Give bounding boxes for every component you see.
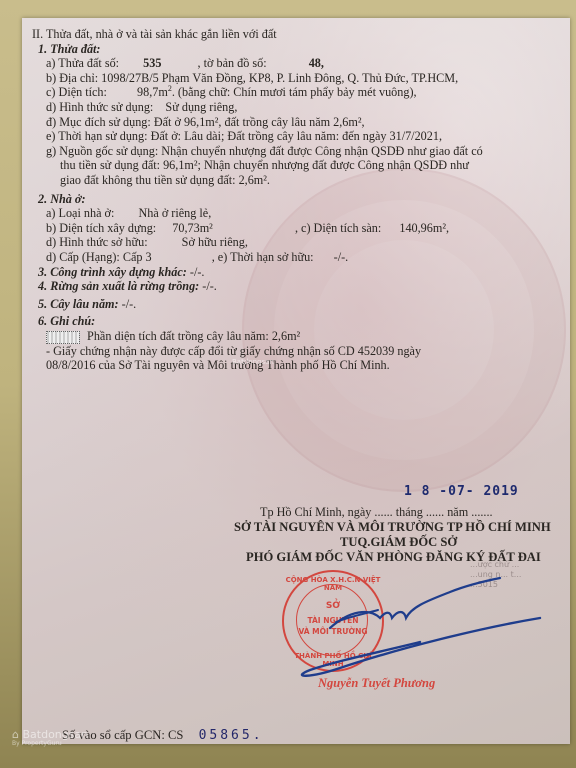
- seal-line-2: TÀI NGUYÊN: [284, 616, 382, 625]
- term-row: e) Thời hạn sử dụng: Đất ở: Lâu dài; Đất…: [32, 129, 566, 144]
- build-area-row: b) Diện tích xây dựng: 70,73m² , c) Diện…: [32, 221, 566, 236]
- area-label: c) Diện tích:: [46, 85, 107, 99]
- registry-line: Số vào sổ cấp GCN: CS 05865.: [62, 728, 264, 743]
- notes-line-2: - Giấy chứng nhận này được cấp đổi từ gi…: [32, 344, 566, 359]
- other-works-row: 3. Công trình xây dựng khác: -/-.: [32, 265, 566, 280]
- signer-name: Nguyễn Tuyết Phương: [318, 676, 435, 691]
- floor-area-label: , c) Diện tích sàn:: [295, 221, 381, 235]
- redacted-box: [46, 331, 80, 344]
- usage-form-row: d) Hình thức sử dụng: Sử dụng riêng,: [32, 100, 566, 115]
- house-type-label: a) Loại nhà ở:: [46, 206, 114, 220]
- ownership-term-label: , e) Thời hạn sở hữu:: [212, 250, 314, 264]
- forest-value: -/-.: [202, 279, 217, 293]
- term-value: Đất ở: Lâu dài; Đất trồng cây lâu năm: đ…: [151, 129, 442, 143]
- origin-line-2: thu tiền sử dụng đất: 96,1m²; Nhận chuyể…: [32, 158, 566, 173]
- usage-form-value: Sử dụng riêng,: [165, 100, 237, 114]
- house-type-row: a) Loại nhà ở: Nhà ở riêng lẻ,: [32, 206, 566, 221]
- grade-value: Cấp 3: [123, 250, 152, 264]
- seal-line-1: SỞ: [284, 602, 382, 611]
- area-words: . (bằng chữ: Chín mươi tám phẩy bảy mét …: [172, 85, 417, 99]
- area-value: 98,7m: [137, 85, 168, 99]
- ownership-value: Sở hữu riêng,: [182, 235, 248, 249]
- registry-number: 05865.: [199, 728, 264, 743]
- official-seal: CỘNG HÒA X.H.C.N VIỆT NAM SỞ TÀI NGUYÊN …: [282, 570, 384, 672]
- perennial-heading: 5. Cây lâu năm:: [38, 297, 119, 311]
- notes-line-1-row: Phần diện tích đất trồng cây lâu năm: 2,…: [32, 329, 566, 344]
- house-heading: 2. Nhà ở:: [32, 192, 566, 207]
- ownership-term-value: -/-.: [334, 250, 349, 264]
- floor-area-value: 140,96m²,: [399, 221, 449, 235]
- place-date-line: Tp Hồ Chí Minh, ngày ...... tháng ......…: [260, 505, 493, 520]
- notes-line-3: 08/8/2016 của Sở Tài nguyên và Môi trườn…: [32, 358, 566, 373]
- address-label: b) Địa chỉ:: [46, 71, 98, 85]
- origin-line-1: Nhận chuyển nhượng đất được Công nhận QS…: [161, 144, 482, 158]
- other-works-value: -/-.: [190, 265, 205, 279]
- parcel-number: 535: [143, 56, 161, 70]
- land-heading: 1. Thửa đất:: [32, 42, 566, 57]
- address-value: 1098/27B/5 Phạm Văn Đồng, KP8, P. Linh Đ…: [101, 71, 458, 85]
- usage-form-label: d) Hình thức sử dụng:: [46, 100, 153, 114]
- notes-line-1: Phần diện tích đất trồng cây lâu năm: 2,…: [87, 329, 300, 343]
- other-works-heading: 3. Công trình xây dựng khác:: [38, 265, 187, 279]
- forest-heading: 4. Rừng sản xuất là rừng trồng:: [38, 279, 199, 293]
- origin-line-3: giao đất không thu tiền sử dụng đất: 2,6…: [32, 173, 566, 188]
- purpose-value: Đất ở 96,1m², đất trồng cây lâu năm 2,6m…: [154, 115, 365, 129]
- section-title: II. Thửa đất, nhà ở và tài sản khác gắn …: [32, 27, 566, 42]
- ownership-label: d) Hình thức sở hữu:: [46, 235, 148, 249]
- notes-heading: 6. Ghi chú:: [32, 314, 566, 329]
- build-area-label: b) Diện tích xây dựng:: [46, 221, 156, 235]
- purpose-row: đ) Mục đích sử dụng: Đất ở 96,1m², đất t…: [32, 115, 566, 130]
- purpose-label: đ) Mục đích sử dụng:: [46, 115, 151, 129]
- origin-label: g) Nguồn gốc sử dụng:: [46, 144, 158, 158]
- area-row: c) Diện tích: 98,7m2. (bằng chữ: Chín mư…: [32, 85, 566, 100]
- grade-label: d) Cấp (Hạng):: [46, 250, 120, 264]
- ownership-row: d) Hình thức sở hữu: Sở hữu riêng,: [32, 235, 566, 250]
- faint-stamp: ...ược chứ ... ...ung n... t... ...5015: [470, 560, 521, 590]
- parcel-number-row: a) Thửa đất số: 535 , tờ bản đồ số: 48,: [32, 56, 566, 71]
- map-number-label: , tờ bản đồ số:: [198, 56, 267, 70]
- on-behalf-line: TUQ.GIÁM ĐỐC SỞ: [340, 535, 457, 550]
- watermark-corner: ⌂ Batdongsan By PropertyGuru: [12, 728, 88, 747]
- origin-row: g) Nguồn gốc sử dụng: Nhận chuyển nhượng…: [32, 144, 566, 159]
- build-area-value: 70,73m²: [172, 221, 213, 235]
- grade-row: d) Cấp (Hạng): Cấp 3 , e) Thời hạn sở hữ…: [32, 250, 566, 265]
- certificate-body: II. Thửa đất, nhà ở và tài sản khác gắn …: [32, 27, 566, 373]
- perennial-row: 5. Cây lâu năm: -/-.: [32, 297, 566, 312]
- seal-ring-top: CỘNG HÒA X.H.C.N VIỆT NAM: [284, 576, 382, 592]
- forest-row: 4. Rừng sản xuất là rừng trồng: -/-.: [32, 279, 566, 294]
- address-row: b) Địa chỉ: 1098/27B/5 Phạm Văn Đồng, KP…: [32, 71, 566, 86]
- date-stamp: 1 8 -07- 2019: [404, 484, 519, 499]
- seal-line-3: VÀ MÔI TRƯỜNG: [284, 627, 382, 636]
- watermark-center: Batdongsan: [232, 358, 274, 366]
- seal-ring-bottom: THÀNH PHỐ HỒ CHÍ MINH: [284, 652, 382, 668]
- issuing-authority: SỞ TÀI NGUYÊN VÀ MÔI TRƯỜNG TP HỒ CHÍ MI…: [234, 520, 551, 535]
- house-type-value: Nhà ở riêng lẻ,: [138, 206, 211, 220]
- perennial-value: -/-.: [122, 297, 137, 311]
- map-number: 48,: [309, 56, 324, 70]
- parcel-number-label: a) Thửa đất số:: [46, 56, 119, 70]
- term-label: e) Thời hạn sử dụng:: [46, 129, 148, 143]
